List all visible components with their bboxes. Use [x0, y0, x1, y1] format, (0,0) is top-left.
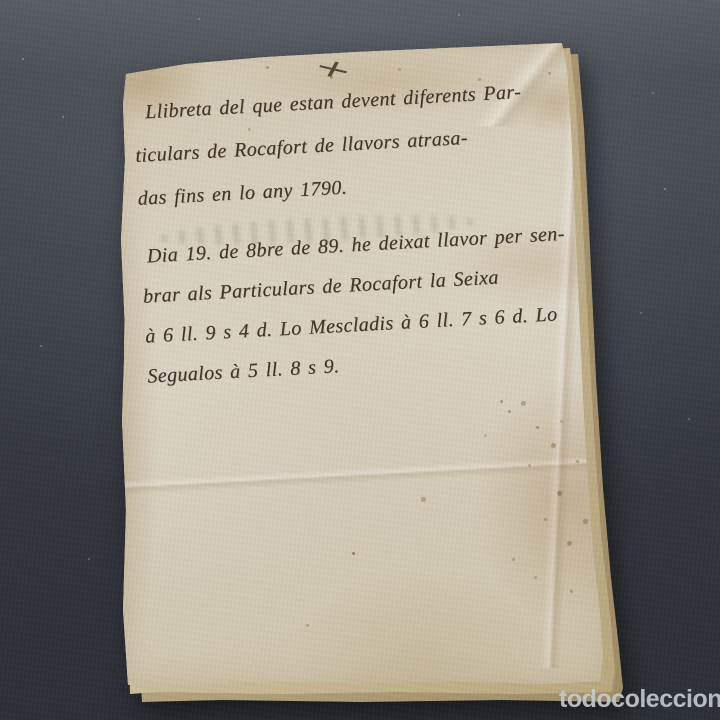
todocoleccion-watermark: todocoleccion: [559, 685, 720, 714]
paragraph-entry: Dia 19. de 8bre de 89. he deixat llavor …: [140, 212, 600, 396]
stain-speckles-right: [500, 400, 503, 403]
paragraph-title: Llibreta del que estan devent diferents …: [132, 68, 590, 221]
manuscript-page: + Llibreta del que estan devent diferent…: [116, 40, 610, 690]
manuscript-text: Llibreta del que estan devent diferents …: [132, 68, 600, 397]
horizontal-fold-crease: [115, 439, 611, 508]
stain-speckles-scattered: [266, 66, 269, 69]
paper-stack: + Llibreta del que estan devent diferent…: [0, 0, 720, 720]
photo-background: + Llibreta del que estan devent diferent…: [0, 0, 720, 720]
